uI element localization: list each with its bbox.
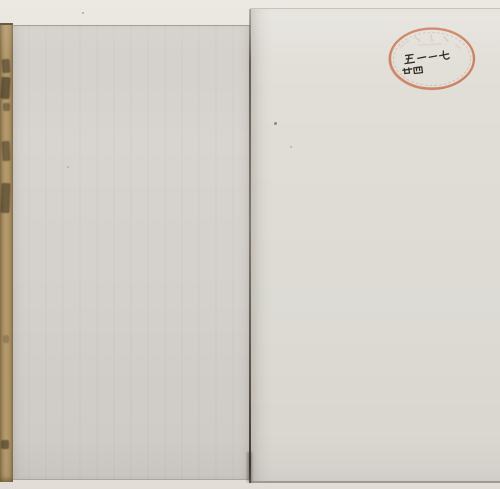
book-cover-edge <box>0 23 13 482</box>
page-gutter-shadow <box>247 452 252 482</box>
book-scan: 五一一七 廿四 <box>0 0 500 489</box>
left-page <box>13 25 250 480</box>
dust-speck <box>290 146 292 148</box>
library-stamp: 五一一七 廿四 <box>386 25 478 93</box>
page-gutter-line <box>249 9 251 483</box>
cover-ink-mark <box>3 335 9 343</box>
right-page: 五一一七 廿四 <box>250 8 500 483</box>
cover-ink-mark <box>2 59 11 74</box>
dust-speck <box>274 122 277 125</box>
cover-ink-mark <box>1 141 10 161</box>
cover-ink-mark <box>3 103 10 111</box>
cover-ink-mark <box>1 440 9 449</box>
cover-ink-mark <box>0 77 10 99</box>
stamp-border <box>389 29 474 90</box>
dust-speck <box>67 166 69 168</box>
stamp-graphic <box>386 25 478 93</box>
dust-speck <box>82 12 84 14</box>
cover-ink-mark <box>0 183 10 213</box>
stamp-handwriting <box>402 51 450 74</box>
